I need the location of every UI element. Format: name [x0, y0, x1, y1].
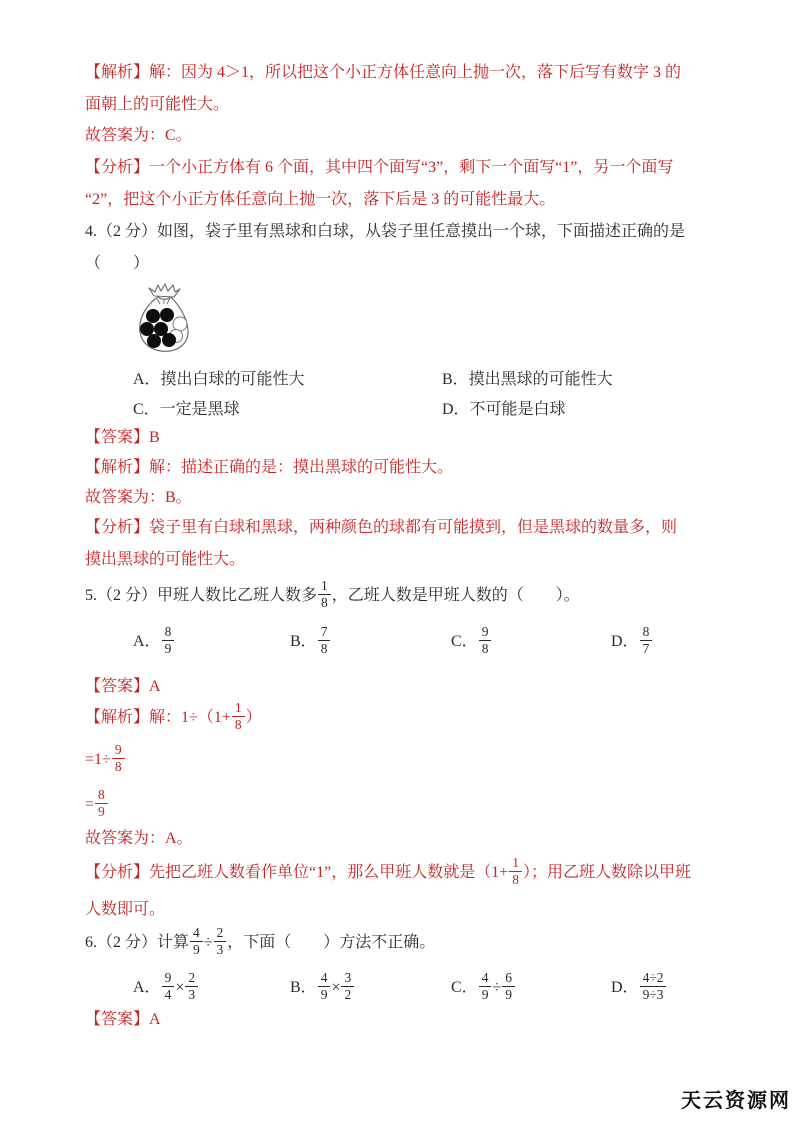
q6-options-row: A．94×23 B．49×32 C．49÷69 D．4÷29÷3	[0, 968, 793, 1008]
q4-stem-line2: （ ）	[85, 249, 725, 279]
q6-option-b: B．49×32	[290, 968, 355, 1008]
fraction: 98	[478, 624, 493, 656]
q4-options-row1: A．摸出白球的可能性大 B．摸出黑球的可能性大	[0, 365, 793, 395]
fraction: 18	[231, 700, 246, 732]
q5-option-d: D．87	[611, 622, 653, 662]
fraction: 69	[501, 970, 516, 1002]
fraction: 32	[340, 970, 355, 1002]
q5-stem: 5.（2 分）甲班人数比乙班人数多18，乙班人数是甲班人数的（ ）。	[85, 578, 725, 614]
q4-fenxi-line2: 摸出黑球的可能性大。	[85, 545, 725, 575]
fraction: 18	[317, 578, 332, 610]
black-ball	[160, 308, 174, 322]
q4-option-d: D．不可能是白球	[442, 395, 566, 425]
black-ball	[140, 322, 154, 336]
q5-jiexi-step2: =1÷98	[85, 740, 725, 780]
fraction: 4÷29÷3	[639, 970, 668, 1002]
fraction: 18	[508, 855, 523, 887]
q5-options-row: A．89 B．78 C．98 D．87	[0, 622, 793, 662]
bag-knot	[149, 284, 180, 297]
q5-conclusion: 故答案为：A。	[85, 824, 725, 854]
q4-conclusion: 故答案为：B。	[85, 483, 725, 513]
q6-option-d: D．4÷29÷3	[611, 968, 667, 1008]
fraction: 98	[111, 742, 126, 774]
fraction: 94	[161, 970, 176, 1002]
bag-with-balls-figure	[133, 283, 195, 353]
q4-stem-line1: 4.（2 分）如图，袋子里有黑球和白球，从袋子里任意摸出一个球，下面描述正确的是	[85, 217, 725, 247]
q3-conclusion: 故答案为：C。	[85, 121, 725, 151]
fraction: 23	[213, 925, 228, 957]
q5-fenxi-line1: 【分析】先把乙班人数看作单位“1”，那么甲班人数就是（1+18）；用乙班人数除以…	[85, 855, 725, 891]
q4-jiexi: 【解析】解：描述正确的是：摸出黑球的可能性大。	[85, 453, 725, 483]
q5-answer: 【答案】A	[85, 672, 725, 702]
exam-answer-page: 【解析】解：因为 4＞1，所以把这个小正方体任意向上抛一次，落下后写有数字 3 …	[0, 0, 793, 1122]
q5-option-c: C．98	[451, 622, 492, 662]
fraction: 49	[478, 970, 493, 1002]
q4-option-b: B．摸出黑球的可能性大	[442, 365, 613, 395]
fraction: 23	[184, 970, 199, 1002]
q5-jiexi-step3: =89	[85, 785, 725, 825]
q4-option-c: C．一定是黑球	[133, 395, 240, 425]
q5-option-a: A．89	[133, 622, 175, 662]
fraction: 89	[94, 787, 109, 819]
site-watermark: 天云资源网	[681, 1084, 791, 1113]
q3-jiexi-line1: 【解析】解：因为 4＞1，所以把这个小正方体任意向上抛一次，落下后写有数字 3 …	[85, 58, 725, 88]
q6-option-a: A．94×23	[133, 968, 199, 1008]
q5-fenxi-line2: 人数即可。	[85, 895, 725, 925]
white-ball	[173, 317, 187, 331]
fraction: 87	[639, 624, 654, 656]
fraction: 89	[161, 624, 176, 656]
q4-options-row2: C．一定是黑球 D．不可能是白球	[0, 395, 793, 425]
q4-fenxi-line1: 【分析】袋子里有白球和黑球，两种颜色的球都有可能摸到，但是黑球的数量多，则	[85, 513, 725, 543]
black-ball	[146, 309, 160, 323]
q5-jiexi-step1: 【解析】解：1÷（1+18）	[85, 700, 725, 736]
black-ball	[147, 334, 161, 348]
q3-fenxi-line1: 【分析】一个小正方体有 6 个面，其中四个面写“3”，剩下一个面写“1”，另一个…	[85, 153, 725, 183]
black-ball	[162, 333, 176, 347]
q6-answer: 【答案】A	[85, 1005, 725, 1035]
fraction: 78	[317, 624, 332, 656]
q3-fenxi-line2: “2”，把这个小正方体任意向上抛一次，落下后是 3 的可能性最大。	[85, 185, 725, 215]
q4-answer: 【答案】B	[85, 423, 725, 453]
fraction: 49	[317, 970, 332, 1002]
q3-jiexi-line2: 面朝上的可能性大。	[85, 90, 725, 120]
fraction: 49	[189, 925, 204, 957]
q6-stem: 6.（2 分）计算49÷23，下面（ ）方法不正确。	[85, 925, 725, 961]
q6-option-c: C．49÷69	[451, 968, 516, 1008]
q4-option-a: A．摸出白球的可能性大	[133, 365, 305, 395]
q5-option-b: B．78	[290, 622, 331, 662]
